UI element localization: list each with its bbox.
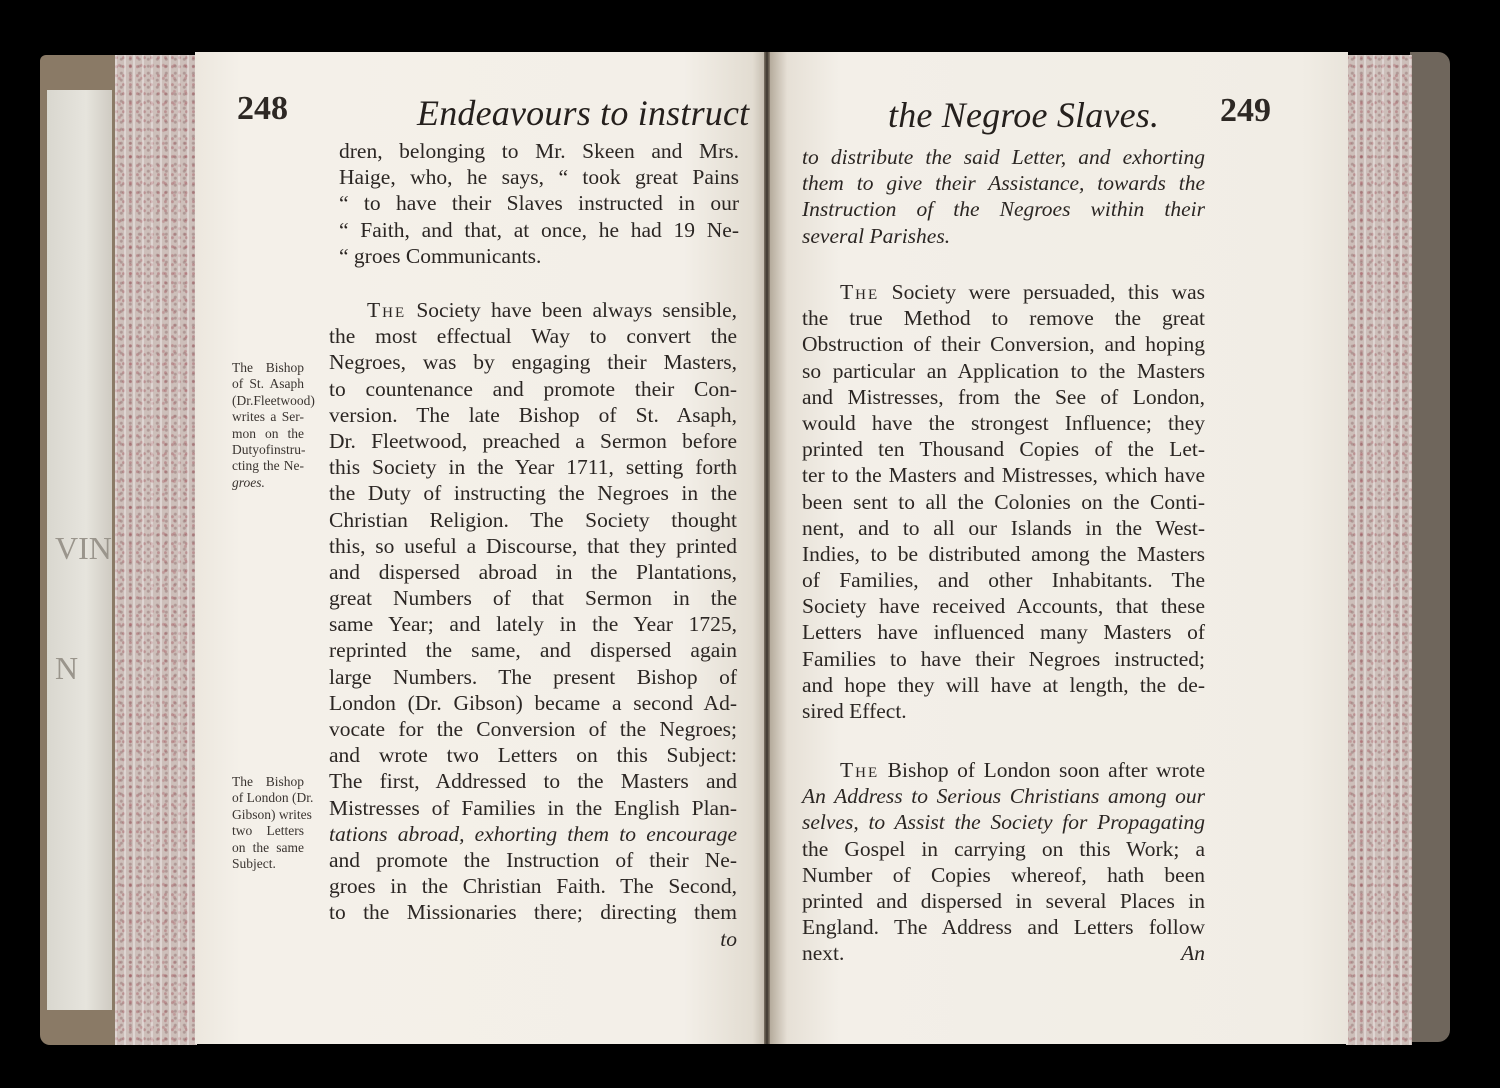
catchword: An — [1181, 940, 1205, 966]
left-page: 248 Endeavours to instruct dren, belongi… — [195, 52, 770, 1044]
page-number-right: 249 — [1220, 92, 1271, 130]
left-paragraph-1: dren, belonging to Mr. Skeen and Mrs. Ha… — [339, 138, 739, 269]
text-line: and hope they will have at length, the d… — [802, 672, 1205, 698]
running-head-right: the Negroe Slaves. — [888, 94, 1159, 136]
text-line: London (Dr. Gibson) became a second Ad- — [329, 690, 737, 716]
text-line: would have the strongest Influence; they — [802, 410, 1205, 436]
text-line: printed ten Thousand Copies of the Let- — [802, 436, 1205, 462]
text-line: The Society were persuaded, this was — [802, 279, 1205, 305]
right-paragraph-2: The Society were persuaded, this was the… — [802, 279, 1205, 724]
text-line: Negroes, was by engaging their Masters, — [329, 349, 737, 375]
text-line: the true Method to remove the great — [802, 305, 1205, 331]
text-line: The Society have been always sensible, — [329, 297, 737, 323]
text-line: Obstruction of their Conversion, and hop… — [802, 331, 1205, 357]
right-page: the Negroe Slaves. 249 to distribute the… — [770, 52, 1348, 1044]
text-line: and Mistresses, from the See of London, — [802, 384, 1205, 410]
text-line: Mistresses of Families in the English Pl… — [329, 795, 737, 821]
text-line: Number of Copies whereof, hath been — [802, 862, 1205, 888]
margin-note-gibson: The Bishop of London (Dr. Gibson) writes… — [232, 774, 304, 872]
text-line: of Families, and other Inhabitants. The — [802, 567, 1205, 593]
text-line: the most effectual Way to convert the — [329, 323, 737, 349]
page-number-left: 248 — [237, 90, 288, 128]
text-line: The Bishop of London soon after wrote — [802, 757, 1205, 783]
text-line: printed and dispersed in several Places … — [802, 888, 1205, 914]
text-line: Haige, who, he says, “ took great Pains — [339, 164, 739, 190]
left-paragraph-2: The Society have been always sensible, t… — [329, 297, 737, 952]
right-paragraph-1: to distribute the said Letter, and exhor… — [802, 144, 1205, 249]
text-line: sired Effect. — [802, 698, 1205, 724]
text-line: nent, and to all our Islands in the West… — [802, 515, 1205, 541]
small-caps-lead: The — [367, 298, 406, 322]
text-line: Letters have influenced many Masters of — [802, 619, 1205, 645]
text-line: “ to have their Slaves instructed in our — [339, 190, 739, 216]
text-line: this Society in the Year 1711, setting f… — [329, 454, 737, 480]
text-line: the Gospel in carrying on this Work; a — [802, 836, 1205, 862]
text-line: dren, belonging to Mr. Skeen and Mrs. — [339, 138, 739, 164]
small-caps-lead: The — [840, 280, 879, 304]
text-line: selves, to Assist the Society for Propag… — [802, 809, 1205, 835]
text-line: The first, Addressed to the Masters and — [329, 768, 737, 794]
text-line: tations abroad, exhorting them to encour… — [329, 821, 737, 847]
text-line: to distribute the said Letter, and exhor… — [802, 144, 1205, 170]
text-line: and promote the Instruction of their Ne- — [329, 847, 737, 873]
text-line: several Parishes. — [802, 223, 1205, 249]
text-line: Families to have their Negroes instructe… — [802, 646, 1205, 672]
text-line: Christian Religion. The Society thought — [329, 507, 737, 533]
text-line: them to give their Assistance, towards t… — [802, 170, 1205, 196]
text-line: and dispersed abroad in the Plantations, — [329, 559, 737, 585]
text-line: to the Missionaries there; directing the… — [329, 899, 737, 925]
running-head-left: Endeavours to instruct — [417, 92, 749, 134]
text-line: same Year; and lately in the Year 1725, — [329, 611, 737, 637]
text-line: and wrote two Letters on this Subject: — [329, 742, 737, 768]
text-line: England. The Address and Letters follow — [802, 914, 1205, 940]
text-line: next. An — [802, 940, 1205, 966]
text-line: “ groes Communicants. — [339, 243, 739, 269]
page-block-edge-left — [115, 55, 197, 1045]
text-line: this, so useful a Discourse, that they p… — [329, 533, 737, 559]
text-line: been sent to all the Colonies on the Con… — [802, 489, 1205, 515]
text-line: great Numbers of that Sermon in the — [329, 585, 737, 611]
text-line: the Duty of instructing the Negroes in t… — [329, 480, 737, 506]
text-line: “ Faith, and that, at once, he had 19 Ne… — [339, 217, 739, 243]
text-line: to countenance and promote their Con- — [329, 376, 737, 402]
text-line: Indies, to be distributed among the Mast… — [802, 541, 1205, 567]
text-line: version. The late Bishop of St. Asaph, — [329, 402, 737, 428]
text-line: Dr. Fleetwood, preached a Sermon before — [329, 428, 737, 454]
page-block-edge-right — [1346, 55, 1412, 1045]
margin-note-fleetwood: The Bishop of St. Asaph (Dr.Fleetwood) w… — [232, 360, 304, 491]
right-paragraph-3: The Bishop of London soon after wrote An… — [802, 757, 1205, 967]
bookmark-slip: VIN N — [47, 90, 112, 1010]
open-book: VIN N 248 Endeavours to instruct dren, b… — [0, 0, 1500, 1088]
text-line: Instruction of the Negroes within their — [802, 196, 1205, 222]
text-line: Society have received Accounts, that the… — [802, 593, 1205, 619]
catchword: to — [329, 926, 737, 952]
text-line: reprinted the same, and dispersed again — [329, 637, 737, 663]
small-caps-lead: The — [840, 758, 879, 782]
text-line: vocate for the Conversion of the Negroes… — [329, 716, 737, 742]
text-line: so particular an Application to the Mast… — [802, 358, 1205, 384]
text-line: large Numbers. The present Bishop of — [329, 664, 737, 690]
text-line: ter to the Masters and Mistresses, which… — [802, 462, 1205, 488]
book-cover-right — [1410, 52, 1450, 1042]
text-line: groes in the Christian Faith. The Second… — [329, 873, 737, 899]
text-line: An Address to Serious Christians among o… — [802, 783, 1205, 809]
